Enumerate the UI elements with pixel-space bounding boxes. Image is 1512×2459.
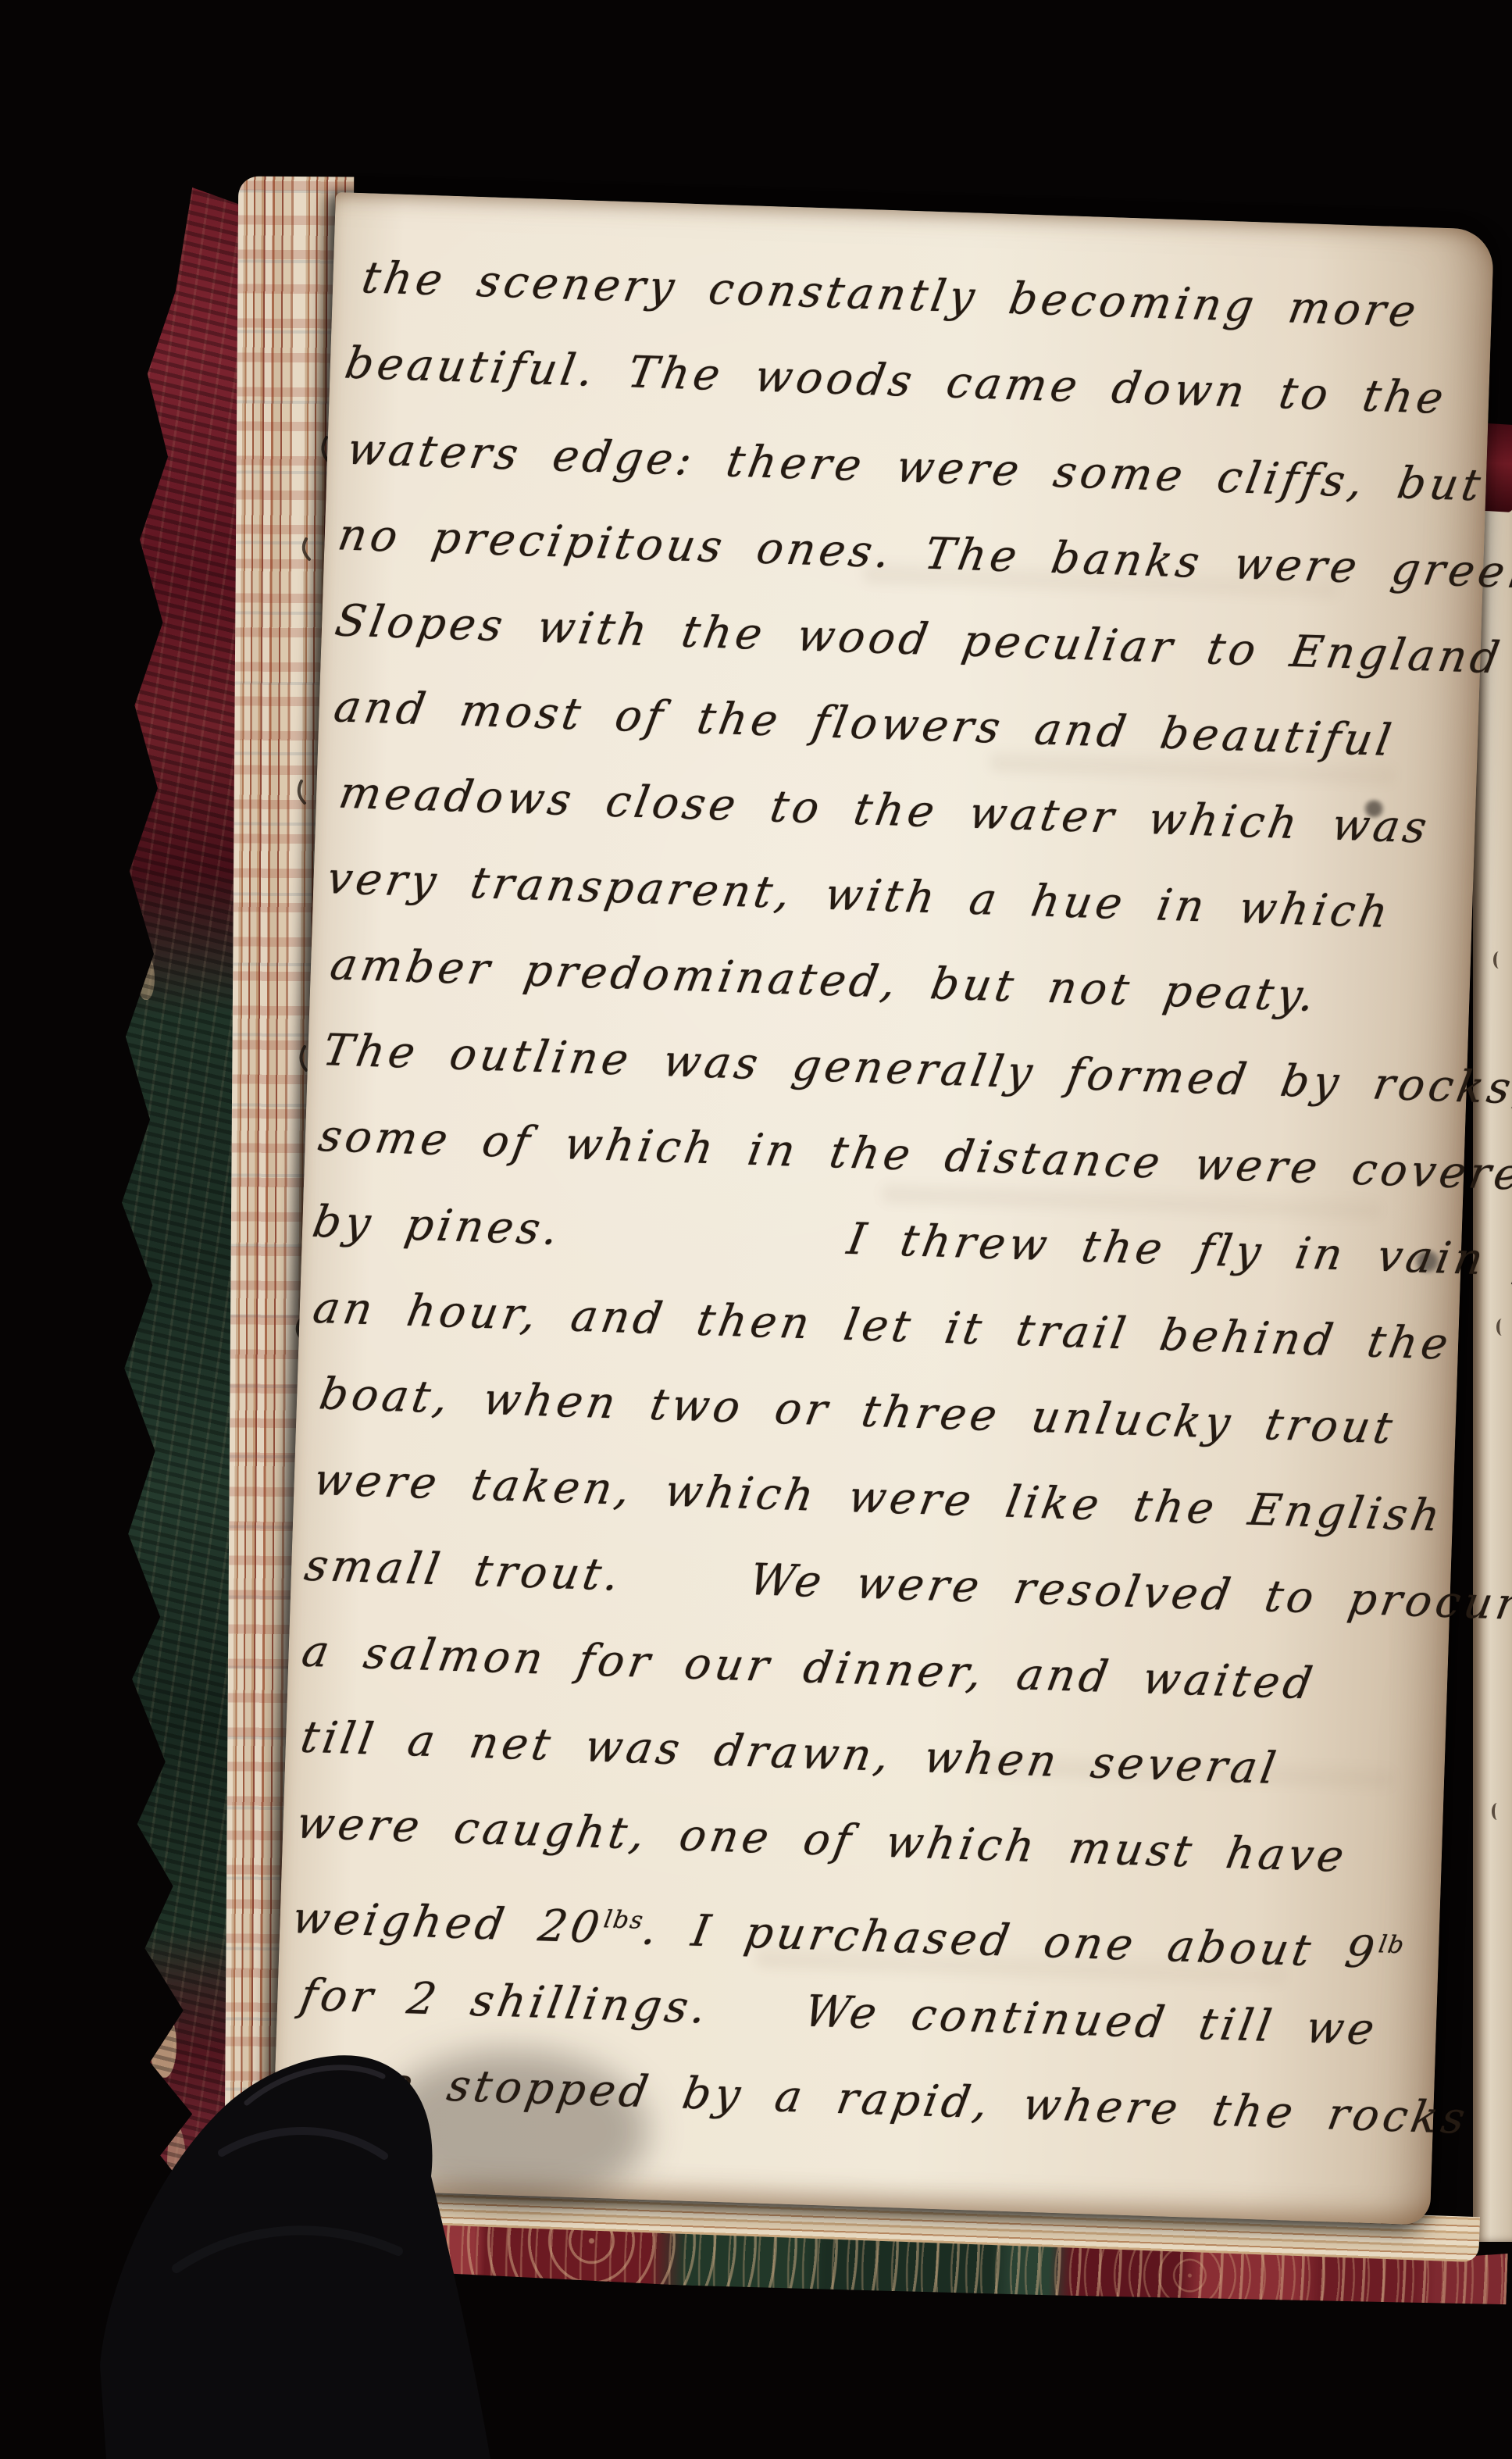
manuscript-text: the scenery constantly becoming morebeau… (281, 234, 1463, 2160)
gloved-finger (84, 2028, 603, 2459)
ink-fragment (1493, 951, 1504, 969)
journal-page: the scenery constantly becoming morebeau… (271, 192, 1494, 2225)
cover-tatter (137, 953, 155, 1000)
photo-backdrop: the scenery constantly becoming morebeau… (0, 0, 1512, 2459)
ink-fragment (1492, 1803, 1503, 1820)
ink-fragment (1496, 1319, 1507, 1336)
